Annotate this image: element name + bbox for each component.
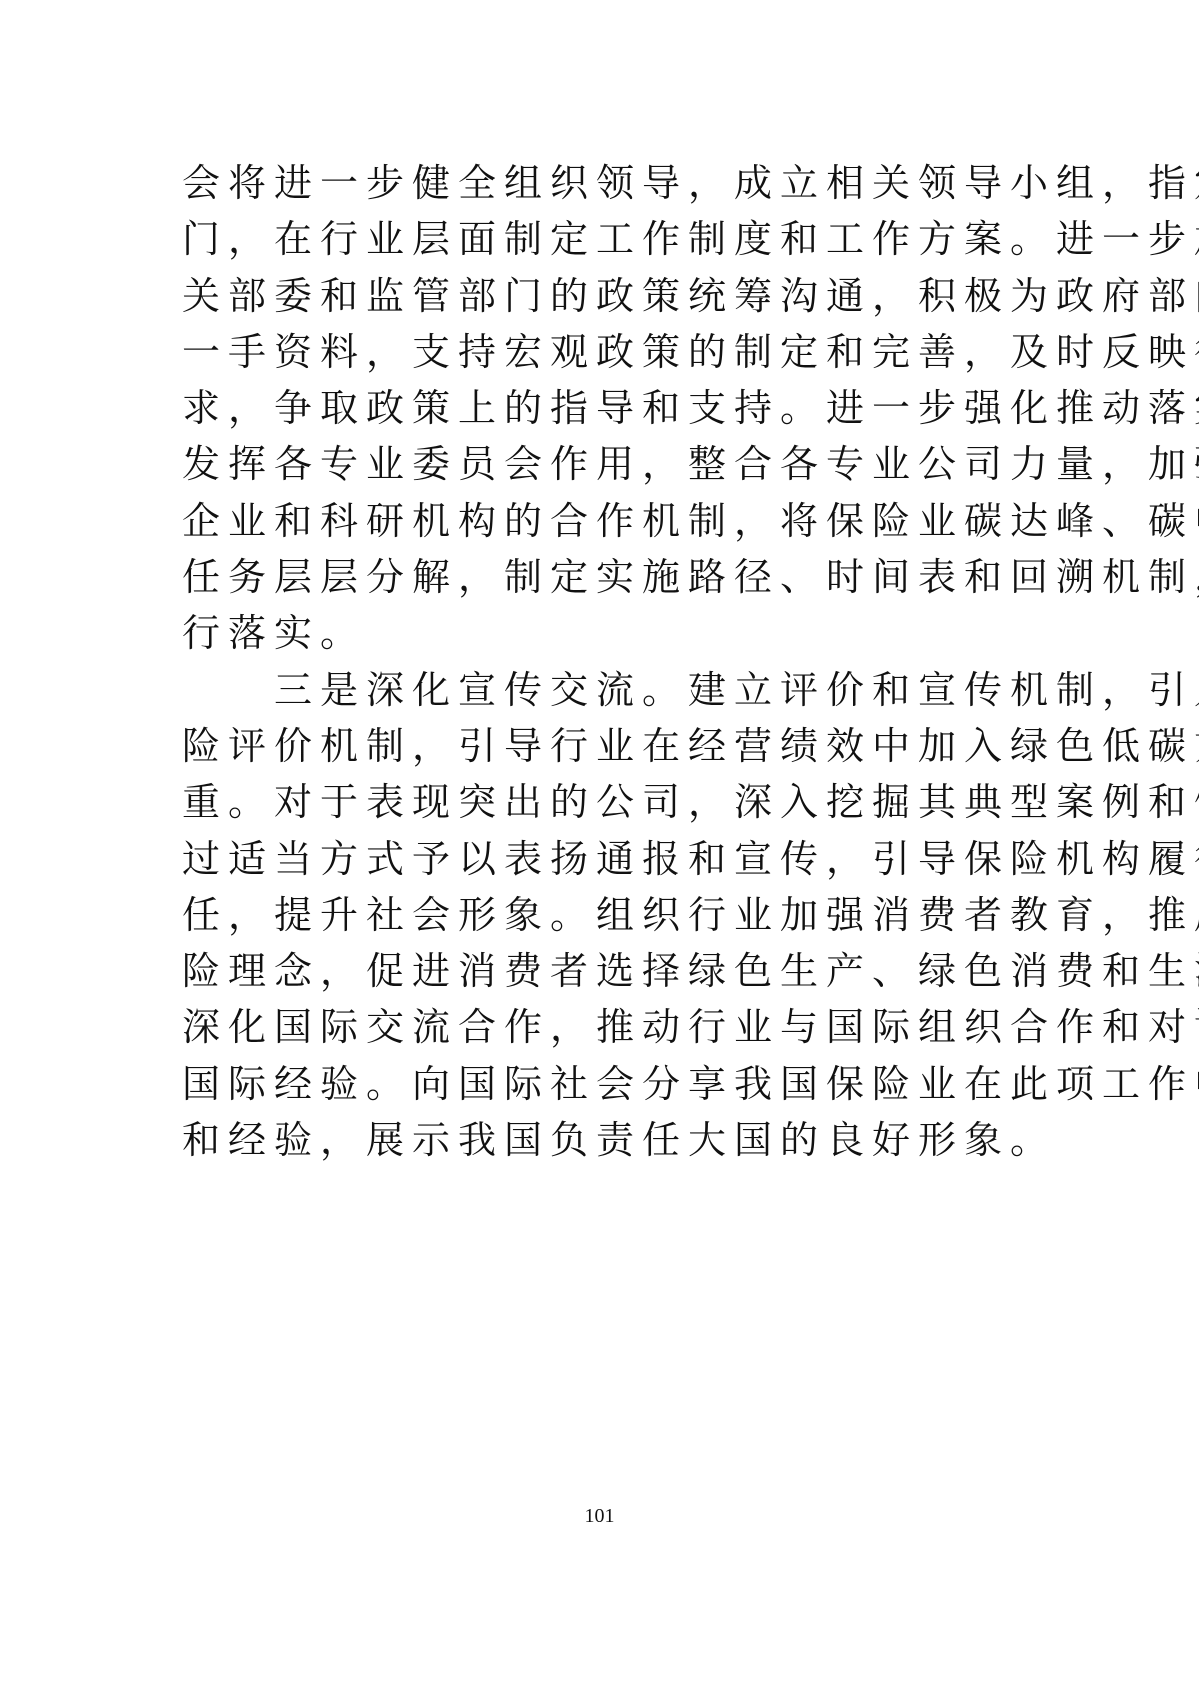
text-line: 国际经验。向国际社会分享我国保险业在此项工作中的举措 [182,1056,1022,1112]
text-line: 三是深化宣传交流。建立评价和宣传机制，引入绿色保 [182,662,1022,718]
text-line: 关部委和监管部门的政策统筹沟通，积极为政府部门提供第 [182,268,1022,324]
text-line: 任务层层分解，制定实施路径、时间表和回溯机制，逐一进 [182,549,1022,605]
text-line: 发挥各专业委员会作用，整合各专业公司力量，加强与相关 [182,436,1022,492]
text-line: 过适当方式予以表扬通报和宣传，引导保险机构履行社会责 [182,831,1022,887]
text-line: 一手资料，支持宏观政策的制定和完善，及时反映行业的诉 [182,324,1022,380]
body-text: 会将进一步健全组织领导，成立相关领导小组，指定落实部 门，在行业层面制定工作制度… [182,155,1022,1168]
text-line: 会将进一步健全组织领导，成立相关领导小组，指定落实部 [182,155,1022,211]
text-line: 重。对于表现突出的公司，深入挖掘其典型案例和做法，通 [182,774,1022,830]
text-line: 任，提升社会形象。组织行业加强消费者教育，推广绿色保 [182,887,1022,943]
text-line: 深化国际交流合作，推动行业与国际组织合作和对话，借鉴 [182,999,1022,1055]
text-line: 门，在行业层面制定工作制度和工作方案。进一步加强与相 [182,211,1022,267]
document-page: 会将进一步健全组织领导，成立相关领导小组，指定落实部 门，在行业层面制定工作制度… [0,0,1199,1696]
paragraph-2: 三是深化宣传交流。建立评价和宣传机制，引入绿色保 险评价机制，引导行业在经营绩效… [182,662,1022,1169]
text-line: 求，争取政策上的指导和支持。进一步强化推动落实，充分 [182,380,1022,436]
paragraph-1: 会将进一步健全组织领导，成立相关领导小组，指定落实部 门，在行业层面制定工作制度… [182,155,1022,662]
text-line: 企业和科研机构的合作机制，将保险业碳达峰、碳中和目标 [182,493,1022,549]
text-line: 行落实。 [182,605,1022,661]
text-line: 险理念，促进消费者选择绿色生产、绿色消费和生活方式。 [182,943,1022,999]
page-number: 101 [0,1505,1199,1528]
text-line: 险评价机制，引导行业在经营绩效中加入绿色低碳方面的权 [182,718,1022,774]
text-line: 和经验，展示我国负责任大国的良好形象。 [182,1112,1022,1168]
